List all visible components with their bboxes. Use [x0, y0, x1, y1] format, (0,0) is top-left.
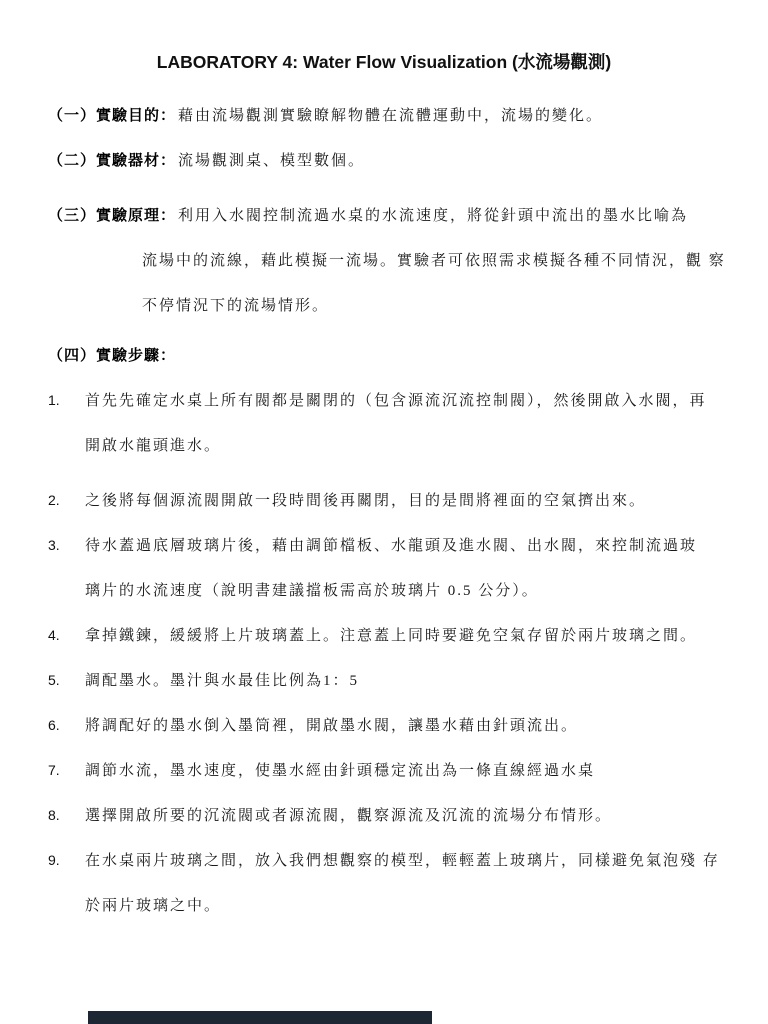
step-4-text: 拿掉鐵鍊，緩緩將上片玻璃蓋上。注意蓋上同時要避免空氣存留於兩片玻璃之間。 [85, 624, 697, 645]
step-7-number: 7. [48, 762, 85, 778]
step-3-cont-row: 璃片的水流速度（說明書建議擋板需高於玻璃片 0.5 公分）。 [48, 567, 720, 612]
section-equipment-text: 流場觀測桌、模型數個。 [178, 149, 365, 170]
step-3-number: 3. [48, 537, 85, 553]
step-1-row: 1. 首先先確定水桌上所有閥都是關閉的（包含源流沉流控制閥），然後開啟入水閥，再 [48, 377, 720, 422]
step-1-cont-row: 開啟水龍頭進水。 [48, 422, 720, 467]
partial-dark-banner [88, 1011, 432, 1024]
step-4-row: 4. 拿掉鐵鍊，緩緩將上片玻璃蓋上。注意蓋上同時要避免空氣存留於兩片玻璃之間。 [48, 612, 720, 657]
step-2-text: 之後將每個源流閥開啟一段時間後再關閉，目的是間將裡面的空氣擠出來。 [85, 489, 646, 510]
document-body: （一）實驗目的： 藉由流場觀測實驗瞭解物體在流體運動中，流場的變化。 （二）實驗… [0, 92, 768, 927]
section-principle-text-line3-row: 不停情況下的流場情形。 [48, 282, 720, 327]
step-5-row: 5. 調配墨水。墨汁與水最佳比例為1：5 [48, 657, 720, 702]
step-1-number: 1. [48, 392, 85, 408]
step-7-row: 7. 調節水流，墨水速度，使墨水經由針頭穩定流出為一條直線經過水桌 [48, 747, 720, 792]
section-purpose-heading: （一）實驗目的： [48, 104, 176, 125]
step-6-row: 6. 將調配好的墨水倒入墨筒裡，開啟墨水閥，讓墨水藉由針頭流出。 [48, 702, 720, 747]
step-9-cont-row: 於兩片玻璃之中。 [48, 882, 720, 927]
section-purpose-text: 藉由流場觀測實驗瞭解物體在流體運動中，流場的變化。 [178, 104, 603, 125]
step-3-row: 3. 待水蓋過底層玻璃片後，藉由調節檔板、水龍頭及進水閥、出水閥，來控制流過玻 [48, 522, 720, 567]
step-6-text: 將調配好的墨水倒入墨筒裡，開啟墨水閥，讓墨水藉由針頭流出。 [85, 714, 578, 735]
section-principle-text-line1: 利用入水閥控制流過水桌的水流速度，將從針頭中流出的墨水比喻為 [178, 204, 688, 225]
section-principle-heading: （三）實驗原理： [48, 204, 176, 225]
step-7-text: 調節水流，墨水速度，使墨水經由針頭穩定流出為一條直線經過水桌 [85, 759, 595, 780]
step-2-number: 2. [48, 492, 85, 508]
section-procedure: （四）實驗步驟： [48, 332, 720, 377]
section-principle-text-line2: 流場中的流線，藉此模擬一流場。實驗者可依照需求模擬各種不同情況，觀 察 [142, 249, 726, 270]
step-5-text: 調配墨水。墨汁與水最佳比例為1：5 [85, 669, 359, 690]
document-page: LABORATORY 4: Water Flow Visualization (… [0, 50, 768, 927]
step-3-text-line2: 璃片的水流速度（說明書建議擋板需高於玻璃片 0.5 公分）。 [85, 579, 539, 600]
section-purpose: （一）實驗目的： 藉由流場觀測實驗瞭解物體在流體運動中，流場的變化。 [48, 92, 720, 137]
section-equipment: （二）實驗器材： 流場觀測桌、模型數個。 [48, 137, 720, 182]
section-equipment-heading: （二）實驗器材： [48, 149, 176, 170]
step-9-text-line2: 於兩片玻璃之中。 [85, 894, 221, 915]
section-principle-text-line2-row: 流場中的流線，藉此模擬一流場。實驗者可依照需求模擬各種不同情況，觀 察 [48, 237, 720, 282]
step-1-text-line2: 開啟水龍頭進水。 [85, 434, 221, 455]
step-2-row: 2. 之後將每個源流閥開啟一段時間後再關閉，目的是間將裡面的空氣擠出來。 [48, 477, 720, 522]
step-3-text-line1: 待水蓋過底層玻璃片後，藉由調節檔板、水龍頭及進水閥、出水閥，來控制流過玻 [85, 534, 697, 555]
section-principle-text-line3: 不停情況下的流場情形。 [142, 294, 329, 315]
step-9-row: 9. 在水桌兩片玻璃之間，放入我們想觀察的模型，輕輕蓋上玻璃片，同樣避免氣泡殘 … [48, 837, 720, 882]
step-4-number: 4. [48, 627, 85, 643]
step-9-text-line1: 在水桌兩片玻璃之間，放入我們想觀察的模型，輕輕蓋上玻璃片，同樣避免氣泡殘 存 [85, 849, 720, 870]
step-9-number: 9. [48, 852, 85, 868]
step-8-text: 選擇開啟所要的沉流閥或者源流閥，觀察源流及沉流的流場分布情形。 [85, 804, 612, 825]
step-8-number: 8. [48, 807, 85, 823]
section-procedure-heading: （四）實驗步驟： [48, 344, 176, 365]
step-8-row: 8. 選擇開啟所要的沉流閥或者源流閥，觀察源流及沉流的流場分布情形。 [48, 792, 720, 837]
page-title: LABORATORY 4: Water Flow Visualization (… [0, 50, 768, 74]
step-1-text-line1: 首先先確定水桌上所有閥都是關閉的（包含源流沉流控制閥），然後開啟入水閥，再 [85, 389, 707, 410]
section-principle: （三）實驗原理： 利用入水閥控制流過水桌的水流速度，將從針頭中流出的墨水比喻為 [48, 192, 720, 237]
step-6-number: 6. [48, 717, 85, 733]
step-5-number: 5. [48, 672, 85, 688]
